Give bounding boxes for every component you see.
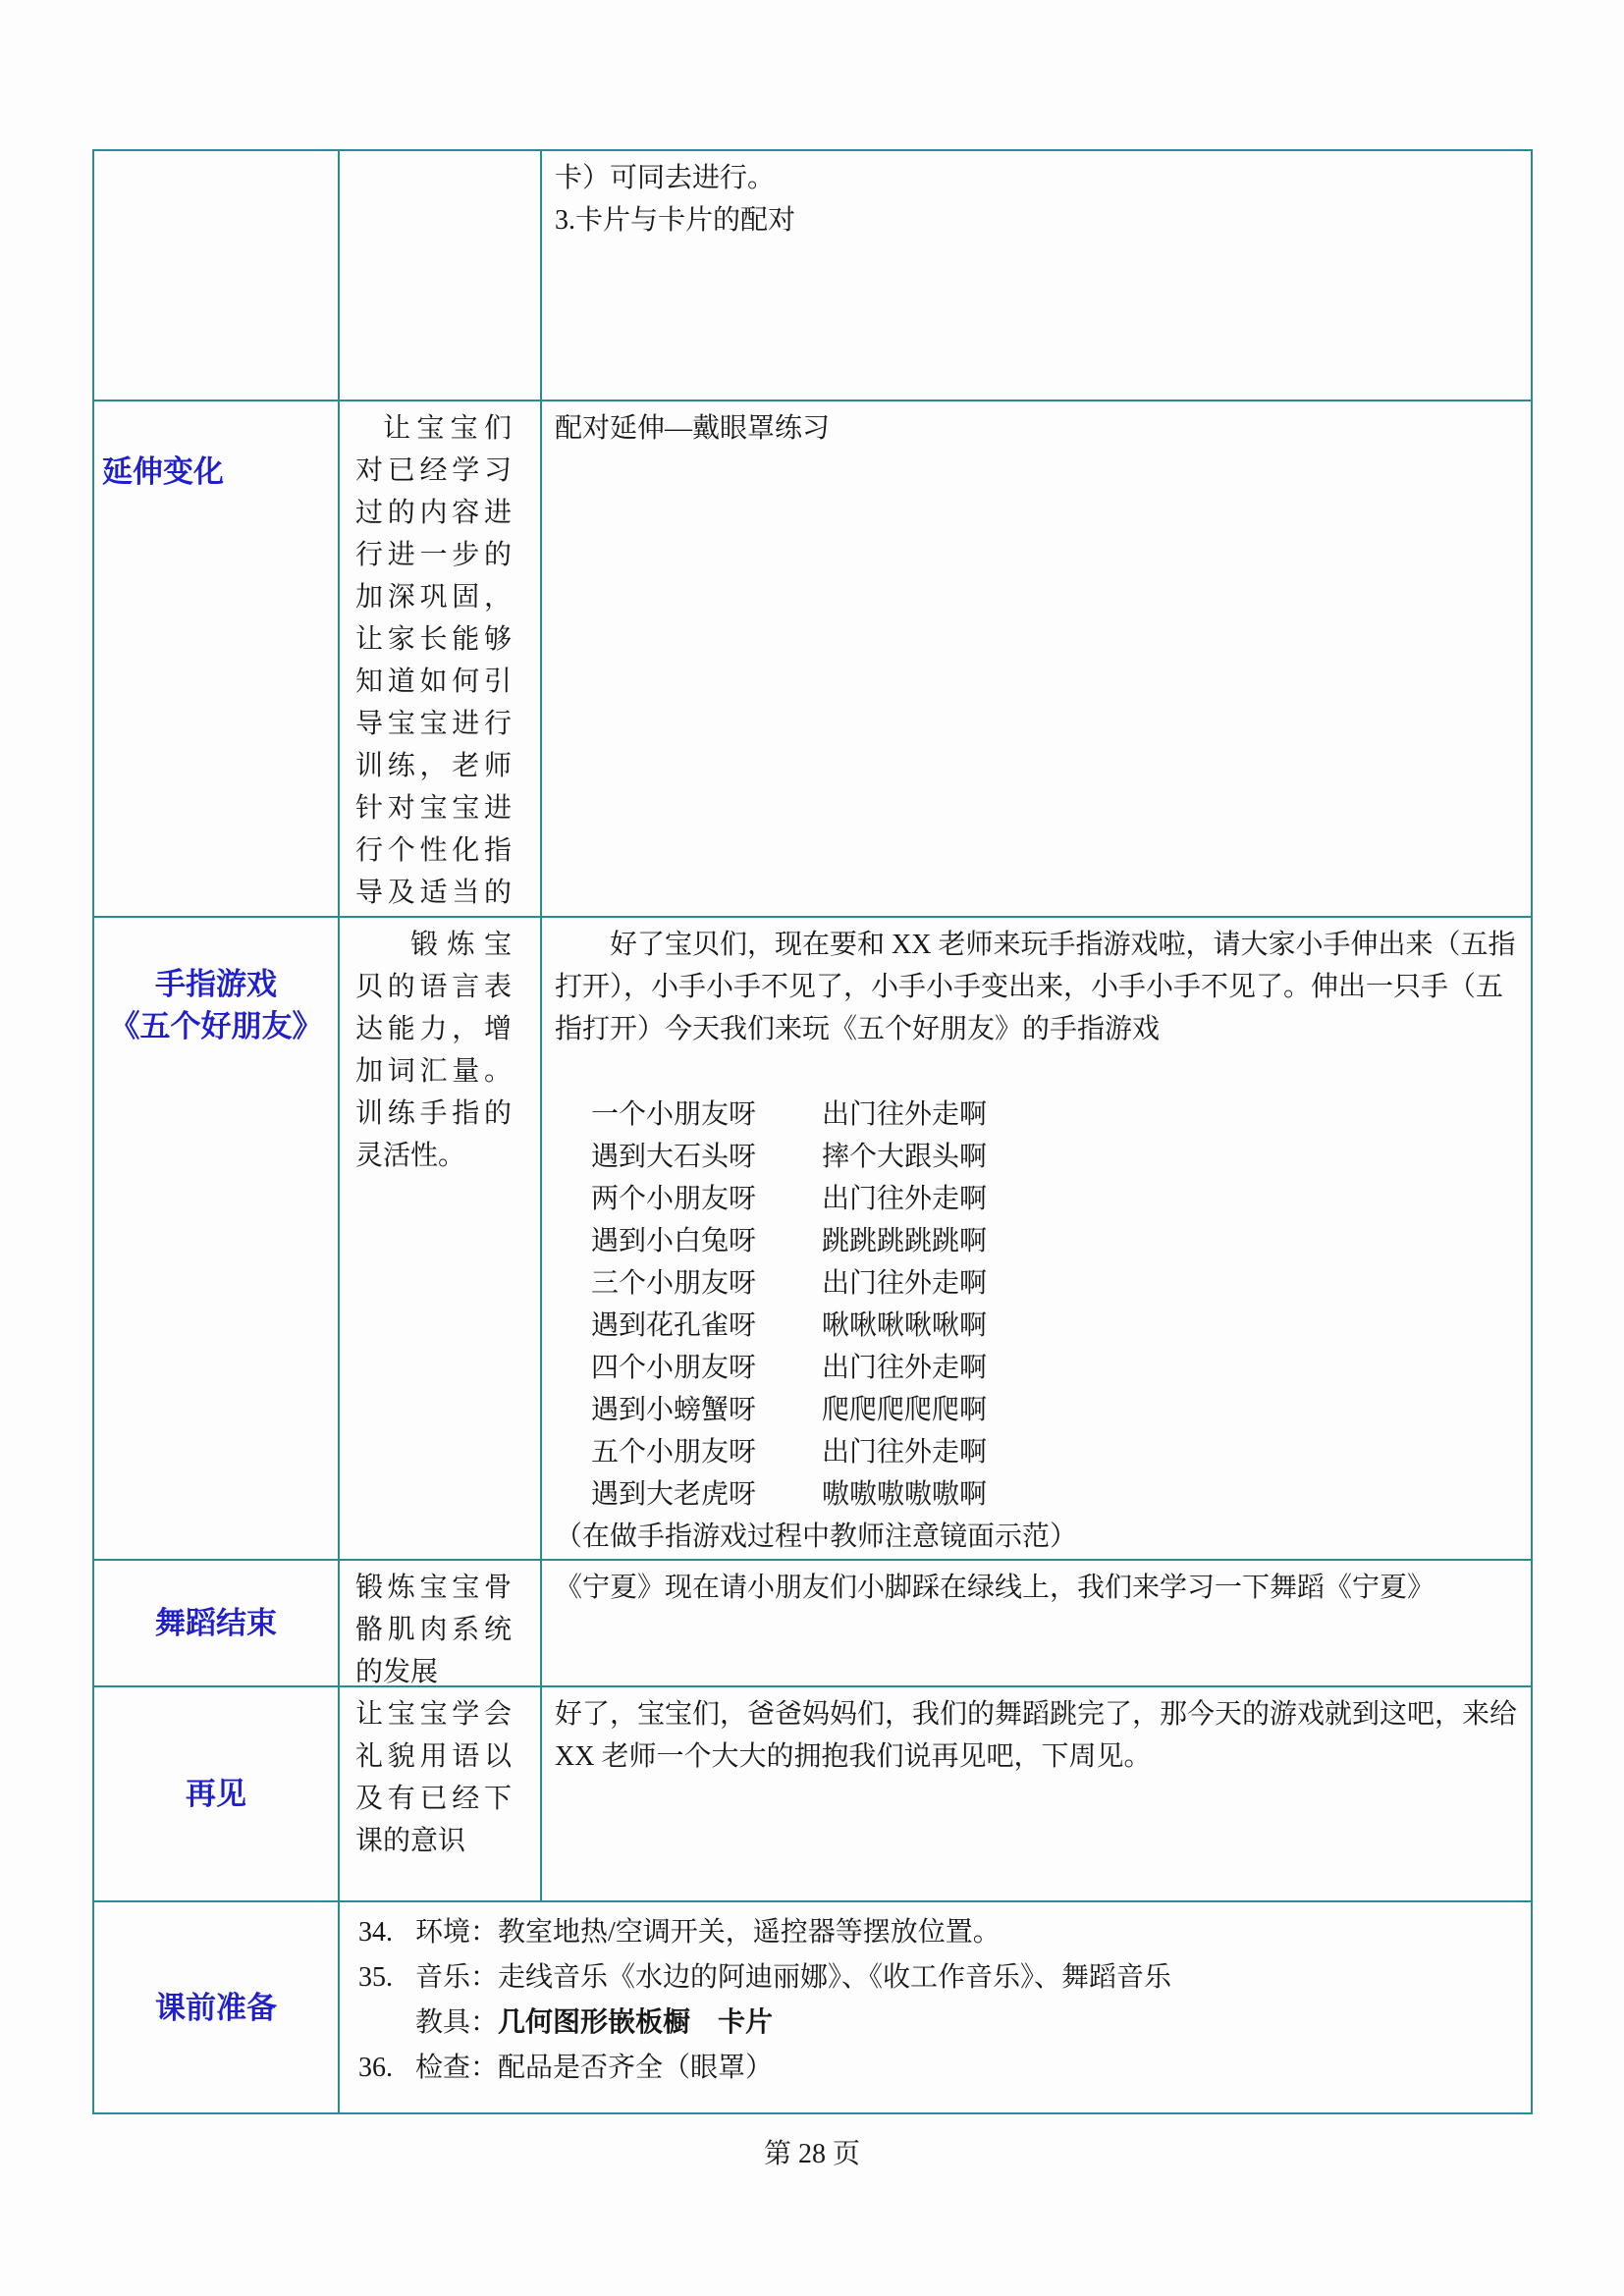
rhyme-call: 四个小朋友呀 [591,1347,822,1389]
rhyme-response: 出门往外走啊 [822,1437,987,1468]
rhyme-line: 遇到大石头呀摔个大跟头啊 [591,1136,1519,1178]
prep-item-text: 音乐：走线音乐《水边的阿迪丽娜》、《收工作音乐》、舞蹈音乐 [415,1962,1171,1993]
rhyme-call: 三个小朋友呀 [591,1262,822,1305]
document-page: 卡）可同去进行。 3.卡片与卡片的配对 延伸变化 让宝宝们对已经学习过的内容进行… [0,0,1624,2296]
content-text: 《宁夏》现在请小朋友们小脚踩在绿线上，我们来学习一下舞蹈《宁夏》 [555,1567,1519,1609]
rhyme-call: 遇到小螃蟹呀 [591,1389,822,1431]
row3-stage-cell: 手指游戏 《五个好朋友》 [94,918,340,1561]
rhyme-response: 啾啾啾啾啾啊 [822,1310,987,1341]
rhyme-call: 遇到小白兔呀 [591,1220,822,1262]
rhyme-response: 摔个大跟头啊 [822,1142,987,1172]
page-number-text: 第 28 页 [764,2139,860,2169]
row3-purpose-cell: 锻炼宝贝的语言表达能力，增加词汇量。训练手指的灵活性。 [340,918,542,1561]
rhyme-response: 爬爬爬爬爬啊 [822,1395,987,1425]
row2-content-cell: 配对延伸—戴眼罩练习 [542,401,1531,918]
row5-content-cell: 好了，宝宝们，爸爸妈妈们，我们的舞蹈跳完了，那今天的游戏就到这吧，来给 XX 老… [542,1687,1531,1902]
prep-item-number: 35. [358,1955,415,2001]
row5-purpose-cell: 让宝宝学会礼貌用语以及有已经下课的意识 [340,1687,542,1902]
row4-content-cell: 《宁夏》现在请小朋友们小脚踩在绿线上，我们来学习一下舞蹈《宁夏》 [542,1561,1531,1687]
stage-label-extension: 延伸变化 [102,451,224,493]
rhyme-line: 两个小朋友呀出门往外走啊 [591,1178,1519,1220]
row4-purpose-cell: 锻炼宝宝骨骼肌肉系统的发展 [340,1561,542,1687]
purpose-text: 让宝宝学会礼貌用语以及有已经下课的意识 [355,1693,512,1862]
row1-stage-cell-empty [94,151,340,401]
prep-item: 教具：几何图形嵌板橱 卡片 [358,2001,1517,2046]
mirror-demo-note: （在做手指游戏过程中教师注意镜面示范） [555,1516,1519,1558]
purpose-text: 锻炼宝宝骨骼肌肉系统的发展 [355,1567,512,1687]
row5-stage-cell: 再见 [94,1687,340,1902]
row2-stage-cell: 延伸变化 [94,401,340,918]
prep-item-text: 检查：配品是否齐全（眼罩） [415,2053,773,2083]
rhyme-call: 遇到花孔雀呀 [591,1305,822,1347]
stage-label-finger-game: 手指游戏 [155,963,277,1005]
prep-item-number: 34. [358,1910,415,1955]
rhyme-line: 三个小朋友呀出门往外走啊 [591,1262,1519,1305]
prep-item-text: 教具： [415,2007,498,2038]
row6-stage-cell: 课前准备 [94,1902,340,2112]
rhyme-response: 跳跳跳跳跳啊 [822,1226,987,1256]
purpose-text: 让宝宝们对已经学习过的内容进行进一步的加深巩固，让家长能够知道如何引导宝宝进行训… [355,407,512,918]
rhyme-call: 两个小朋友呀 [591,1178,822,1220]
prep-item: 36.检查：配品是否齐全（眼罩） [358,2046,1517,2091]
rhyme-line: 一个小朋友呀出门往外走啊 [591,1094,1519,1136]
purpose-text: 锻炼宝贝的语言表达能力，增加词汇量。训练手指的灵活性。 [355,924,512,1177]
stage-label-finger-game-title: 《五个好朋友》 [110,1005,323,1047]
rhyme-call: 一个小朋友呀 [591,1094,822,1136]
rhyme-line: 遇到小螃蟹呀爬爬爬爬爬啊 [591,1389,1519,1431]
carryover-text: 卡）可同去进行。 [555,157,1519,199]
rhyme-response: 出门往外走啊 [822,1268,987,1299]
finger-game-intro: 好了宝贝们，现在要和 XX 老师来玩手指游戏啦，请大家小手伸出来（五指打开），小… [555,924,1519,1050]
rhyme-call: 五个小朋友呀 [591,1431,822,1473]
row1-content-cell: 卡）可同去进行。 3.卡片与卡片的配对 [542,151,1531,401]
lesson-plan-table: 卡）可同去进行。 3.卡片与卡片的配对 延伸变化 让宝宝们对已经学习过的内容进行… [92,149,1533,2114]
rhyme-line: 遇到大老虎呀嗷嗷嗷嗷嗷啊 [591,1473,1519,1516]
row4-stage-cell: 舞蹈结束 [94,1561,340,1687]
rhyme-response: 出门往外走啊 [822,1099,987,1130]
rhyme-line: 遇到花孔雀呀啾啾啾啾啾啊 [591,1305,1519,1347]
rhyme-response: 出门往外走啊 [822,1184,987,1214]
rhyme-line: 遇到小白兔呀跳跳跳跳跳啊 [591,1220,1519,1262]
row3-content-cell: 好了宝贝们，现在要和 XX 老师来玩手指游戏啦，请大家小手伸出来（五指打开），小… [542,918,1531,1561]
row2-purpose-cell: 让宝宝们对已经学习过的内容进行进一步的加深巩固，让家长能够知道如何引导宝宝进行训… [340,401,542,918]
prep-item-number: 36. [358,2046,415,2091]
rhyme-line: 四个小朋友呀出门往外走啊 [591,1347,1519,1389]
stage-label-dance-end: 舞蹈结束 [155,1602,277,1644]
page-number: 第 28 页 [0,2132,1624,2171]
prep-item-text: 环境：教室地热/空调开关，遥控器等摆放位置。 [415,1917,1001,1948]
prep-item: 34.环境：教室地热/空调开关，遥控器等摆放位置。 [358,1910,1517,1955]
rhyme-list: 一个小朋友呀出门往外走啊 遇到大石头呀摔个大跟头啊 两个小朋友呀出门往外走啊 遇… [591,1094,1519,1516]
content-text: 配对延伸—戴眼罩练习 [555,407,1519,450]
content-text: 好了，宝宝们，爸爸妈妈们，我们的舞蹈跳完了，那今天的游戏就到这吧，来给 XX 老… [555,1693,1519,1778]
stage-label-preparation: 课前准备 [155,1987,277,2029]
row6-preparation-cell: 34.环境：教室地热/空调开关，遥控器等摆放位置。 35.音乐：走线音乐《水边的… [340,1902,1531,2112]
card-matching-item: 3.卡片与卡片的配对 [555,199,1519,241]
stage-label-goodbye: 再见 [186,1773,246,1815]
prep-item-teaching-aids: 几何图形嵌板橱 卡片 [498,2007,773,2038]
rhyme-response: 嗷嗷嗷嗷嗷啊 [822,1479,987,1510]
prep-item: 35.音乐：走线音乐《水边的阿迪丽娜》、《收工作音乐》、舞蹈音乐 [358,1955,1517,2001]
rhyme-call: 遇到大石头呀 [591,1136,822,1178]
rhyme-line: 五个小朋友呀出门往外走啊 [591,1431,1519,1473]
rhyme-response: 出门往外走啊 [822,1353,987,1383]
row1-purpose-cell-empty [340,151,542,401]
rhyme-call: 遇到大老虎呀 [591,1473,822,1516]
